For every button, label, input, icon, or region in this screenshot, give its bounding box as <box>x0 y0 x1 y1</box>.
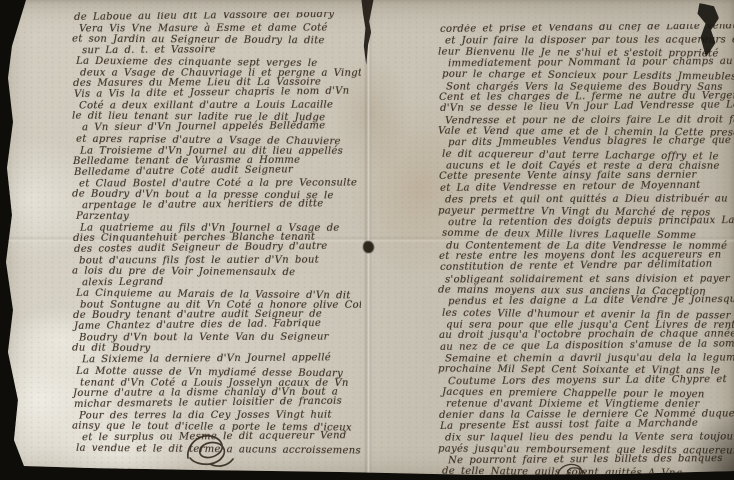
manuscript-text-line: pendus et les daigne a La dite Vendre Je… <box>448 294 734 308</box>
manuscript-text-line: des costes audit Seigneur de Boudry d'au… <box>74 240 361 255</box>
manuscript-text-line: Vendresse et pour ne de cloirs faire Le … <box>445 114 734 126</box>
manuscript-text-line: Jame Chantez d'autre dies de lad. Fabriq… <box>74 318 361 333</box>
manuscript-text-line: de Laboue au lieu dit La Vassoire del Bo… <box>74 12 361 23</box>
center-fold-crease <box>364 0 372 480</box>
manuscript-text-line: et Jouir faire la disposer par tous les … <box>445 35 734 47</box>
bottom-right-corner-shadow <box>682 406 734 476</box>
manuscript-text-line: alexis Legrand <box>82 275 361 288</box>
manuscript-text-line: Coutume Lors des moyens sur La dite Chyp… <box>448 374 734 388</box>
manuscript-text-line: s'obligeant solidairement et sans divisi… <box>445 273 734 285</box>
manuscript-text-line: bout d'aucuns fils fost le autier d'Vn b… <box>79 255 361 267</box>
manuscript-scan: de Laboue au lieu dit La Vassoire del Bo… <box>0 0 734 480</box>
manuscript-text-line: immediatement pour Nommant la pour champ… <box>448 56 734 70</box>
manuscript-text-line: La Sixieme la derniere d'Vn Journel appe… <box>82 352 361 365</box>
manuscript-text-line: sur La d. t. et Vassoire <box>82 43 361 56</box>
manuscript-text-line: Vera Vis Vne Masure à Esme et dame Coté <box>79 23 361 35</box>
manuscript-text-line: des prets et quil ont quittés a Dieu dis… <box>445 194 734 206</box>
manuscript-text-line: la vendue et le dit terme a aucuns accro… <box>76 443 361 457</box>
manuscript-text-line: et Claud Bostel d'autre Coté a la pre Ve… <box>79 177 361 189</box>
manuscript-text-line: d'Vn se desse le lieu Vn Jour Lad Vendre… <box>440 100 734 115</box>
manuscript-text-line: et le surplus ou Mesme le dit acquereur … <box>82 430 361 443</box>
fold-wormhole <box>363 241 374 253</box>
left-page-text-block: de Laboue au lieu dit La Vassoire del Bo… <box>72 12 361 464</box>
manuscript-text-line: Vis a Vis la dite et Josseur chapris le … <box>74 86 361 101</box>
manuscript-text-line: constitution de rente et Vendre par déli… <box>440 259 734 274</box>
manuscript-text-line: Pour des terres la dia Cey Josses Vingt … <box>79 409 361 421</box>
manuscript-text-line: a Vn sieur d'Vn Journel appelés Belledam… <box>82 120 361 133</box>
manuscript-paper: de Laboue au lieu dit La Vassoire del Bo… <box>0 0 734 480</box>
manuscript-text-line: par dits Jmmeubles Vendus blagres le cha… <box>448 135 734 149</box>
manuscript-text-line: cordée et prise et Vendans du chef de La… <box>440 24 734 35</box>
manuscript-text-line: outre la retention des doigts depuis pri… <box>448 215 734 229</box>
manuscript-text-line: arpentage le d'autre aux heritiers de di… <box>82 198 361 211</box>
